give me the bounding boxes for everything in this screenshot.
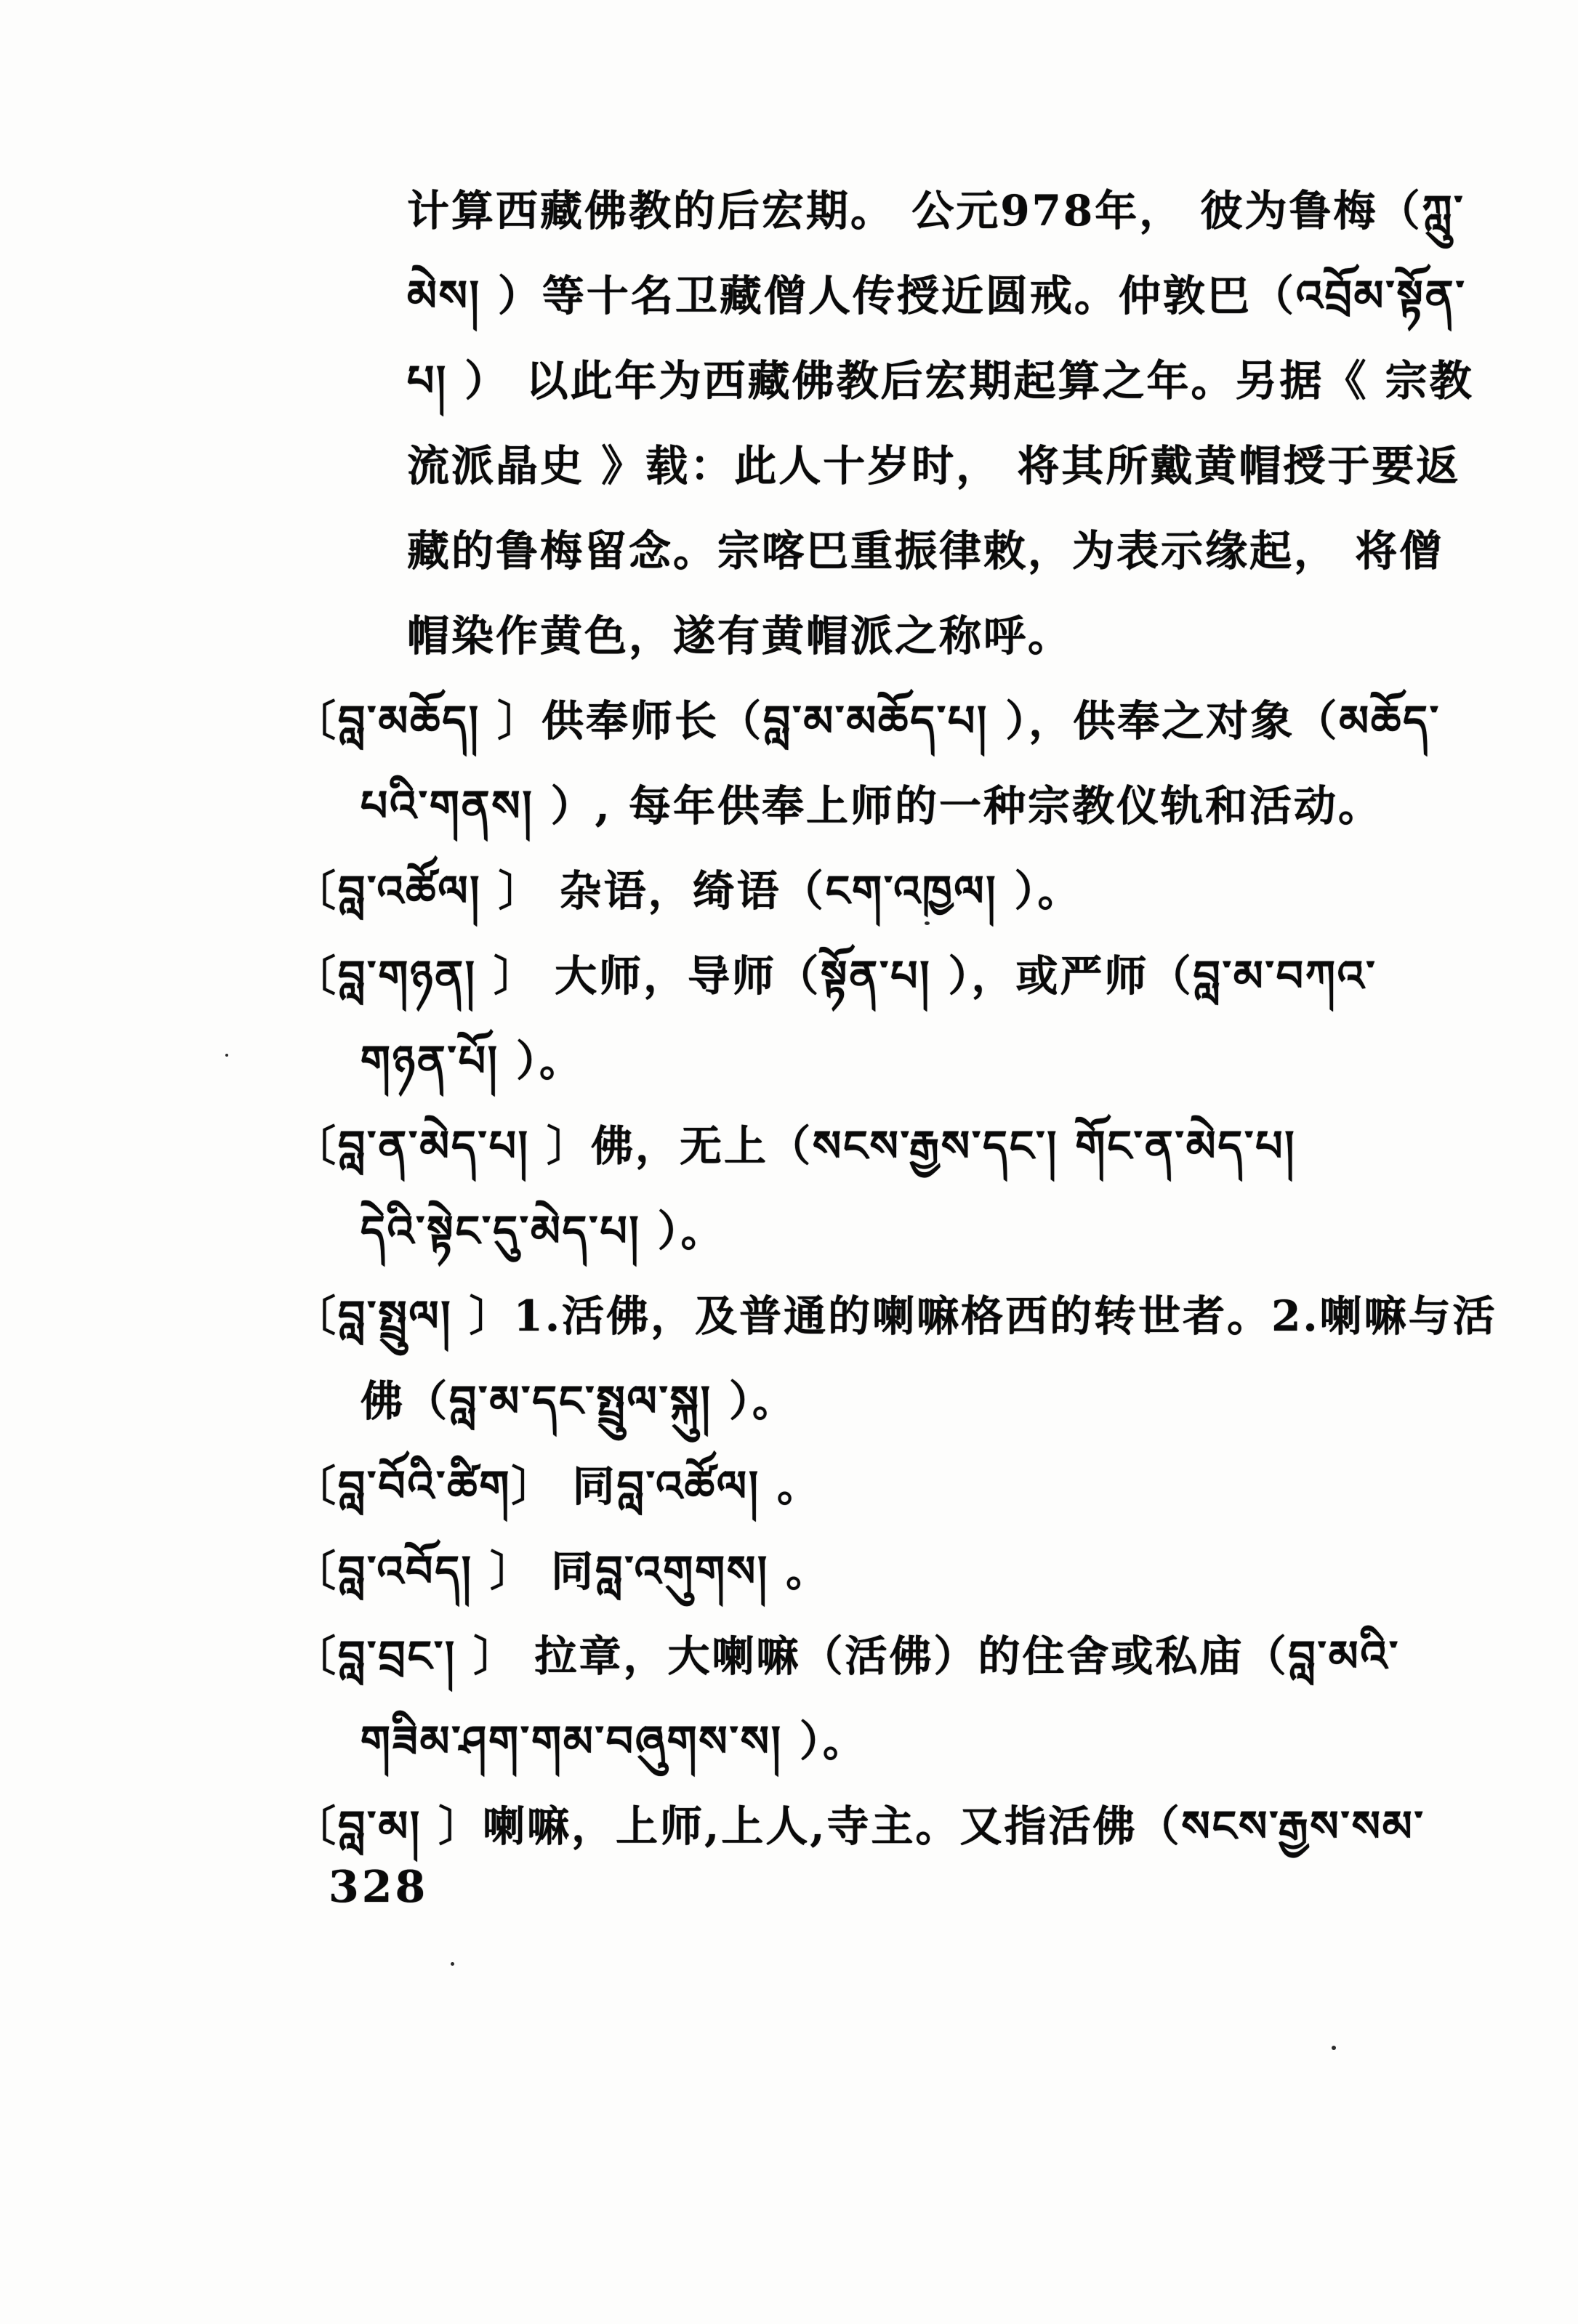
text-block: 计算西藏佛教的后宏期。 公元978年， 彼为鲁梅（ཀླུ་ མེས། ）等十名卫… (291, 169, 1512, 1869)
entry-line: 佛（བླ་མ་དང་སྤྲུལ་སྐུ། ）。 (291, 1359, 1512, 1444)
entry-line: གཉན་པོ། ）。 (291, 1019, 1512, 1104)
dictionary-entry: 〔བླ་འབོད། 〕 同བླ་འགུགས། 。 (291, 1529, 1512, 1614)
paragraph-line: མེས། ）等十名卫藏僧人传授近圆戒。仲敦巴（འབྲོམ་སྟོན་ (291, 254, 1512, 339)
scanned-dictionary-page: 计算西藏佛教的后宏期。 公元978年， 彼为鲁梅（ཀླུ་ མེས། ）等十名卫… (0, 0, 1578, 2324)
dictionary-entry: 〔བླ་གཉན། 〕 大师，导师（སྟོན་པ། ），或严师（བླ་མ་བཀའ་… (291, 934, 1512, 1104)
dictionary-entry: 〔བླ་བྲང་། 〕 拉章，大喇嘛（活佛）的住舍或私庙（བླ་མའི་ གཟི… (291, 1614, 1512, 1784)
entry-line: 〔བླ་འབོད། 〕 同བླ་འགུགས། 。 (291, 1529, 1512, 1614)
dictionary-entry: 〔བླ་བོའི་ཚིག〕 同བླ་འཚོལ། 。 (291, 1444, 1512, 1529)
entry-line: 〔བླ་འཚོལ། 〕 杂语，绮语（ངག་འཁྱལ། ）。 (291, 849, 1512, 934)
dictionary-entry: 〔བླ་ན་མེད་པ། 〕佛，无上（སངས་རྒྱས་དང་། གོང་ན་མ… (291, 1104, 1512, 1274)
scan-speck (225, 1054, 228, 1057)
entry-line: 〔བླ་ན་མེད་པ། 〕佛，无上（སངས་རྒྱས་དང་། གོང་ན་མ… (291, 1104, 1512, 1189)
page-number: 328 (329, 1862, 428, 1913)
entry-line: 〔བླ་བོའི་ཚིག〕 同བླ་འཚོལ། 。 (291, 1444, 1512, 1529)
continued-paragraph: 计算西藏佛教的后宏期。 公元978年， 彼为鲁梅（ཀླུ་ མེས། ）等十名卫… (291, 169, 1512, 679)
dictionary-entry: 〔བླ་འཚོལ། 〕 杂语，绮语（ངག་འཁྱལ། ）。 (291, 849, 1512, 934)
paragraph-line: 计算西藏佛教的后宏期。 公元978年， 彼为鲁梅（ཀླུ་ (291, 169, 1512, 254)
paragraph-line: 藏的鲁梅留念。宗喀巴重振律敕，为表示缘起， 将僧 (291, 509, 1512, 594)
dictionary-entry: 〔བླ་སྤྲུལ། 〕1.活佛，及普通的喇嘛格西的转世者。2.喇嘛与活 佛（བ… (291, 1274, 1512, 1444)
entry-line: དེའི་སྟེང་དུ་མེད་པ། ）。 (291, 1189, 1512, 1274)
entry-line: 〔བླ་མ། 〕喇嘛，上师,上人,寺主。又指活佛（སངས་རྒྱས་སམ་ (291, 1784, 1512, 1869)
entry-line: 〔བླ་སྤྲུལ། 〕1.活佛，及普通的喇嘛格西的转世者。2.喇嘛与活 (291, 1274, 1512, 1359)
entry-line: པའི་གནས། ）, 每年供奉上师的一种宗教仪轨和活动。 (291, 764, 1512, 849)
dictionary-entry: 〔བླ་མ། 〕喇嘛，上师,上人,寺主。又指活佛（སངས་རྒྱས་སམ་ (291, 1784, 1512, 1869)
entry-line: 〔བླ་བྲང་། 〕 拉章，大喇嘛（活佛）的住舍或私庙（བླ་མའི་ (291, 1614, 1512, 1699)
paragraph-line: 流派晶史 》载：此人十岁时， 将其所戴黄帽授于要返 (291, 424, 1512, 509)
scan-speck (925, 921, 930, 925)
paragraph-line: པ། ） 以此年为西藏佛教后宏期起算之年。另据《 宗教 (291, 339, 1512, 424)
scan-speck (1332, 2046, 1336, 2050)
scan-speck (451, 1962, 454, 1966)
dictionary-entry: 〔བླ་མཆོད། 〕供奉师长（བླ་མ་མཆོད་པ། ），供奉之对象（མཆོ… (291, 679, 1512, 849)
entry-line: 〔བླ་མཆོད། 〕供奉师长（བླ་མ་མཆོད་པ། ），供奉之对象（མཆོ… (291, 679, 1512, 764)
entry-line: གཟིམ་ཤག་གམ་བཞུགས་ས། ）。 (291, 1699, 1512, 1784)
paragraph-line: 帽染作黄色，遂有黄帽派之称呼。 (291, 594, 1512, 679)
entry-line: 〔བླ་གཉན། 〕 大师，导师（སྟོན་པ། ），或严师（བླ་མ་བཀའ་ (291, 934, 1512, 1019)
